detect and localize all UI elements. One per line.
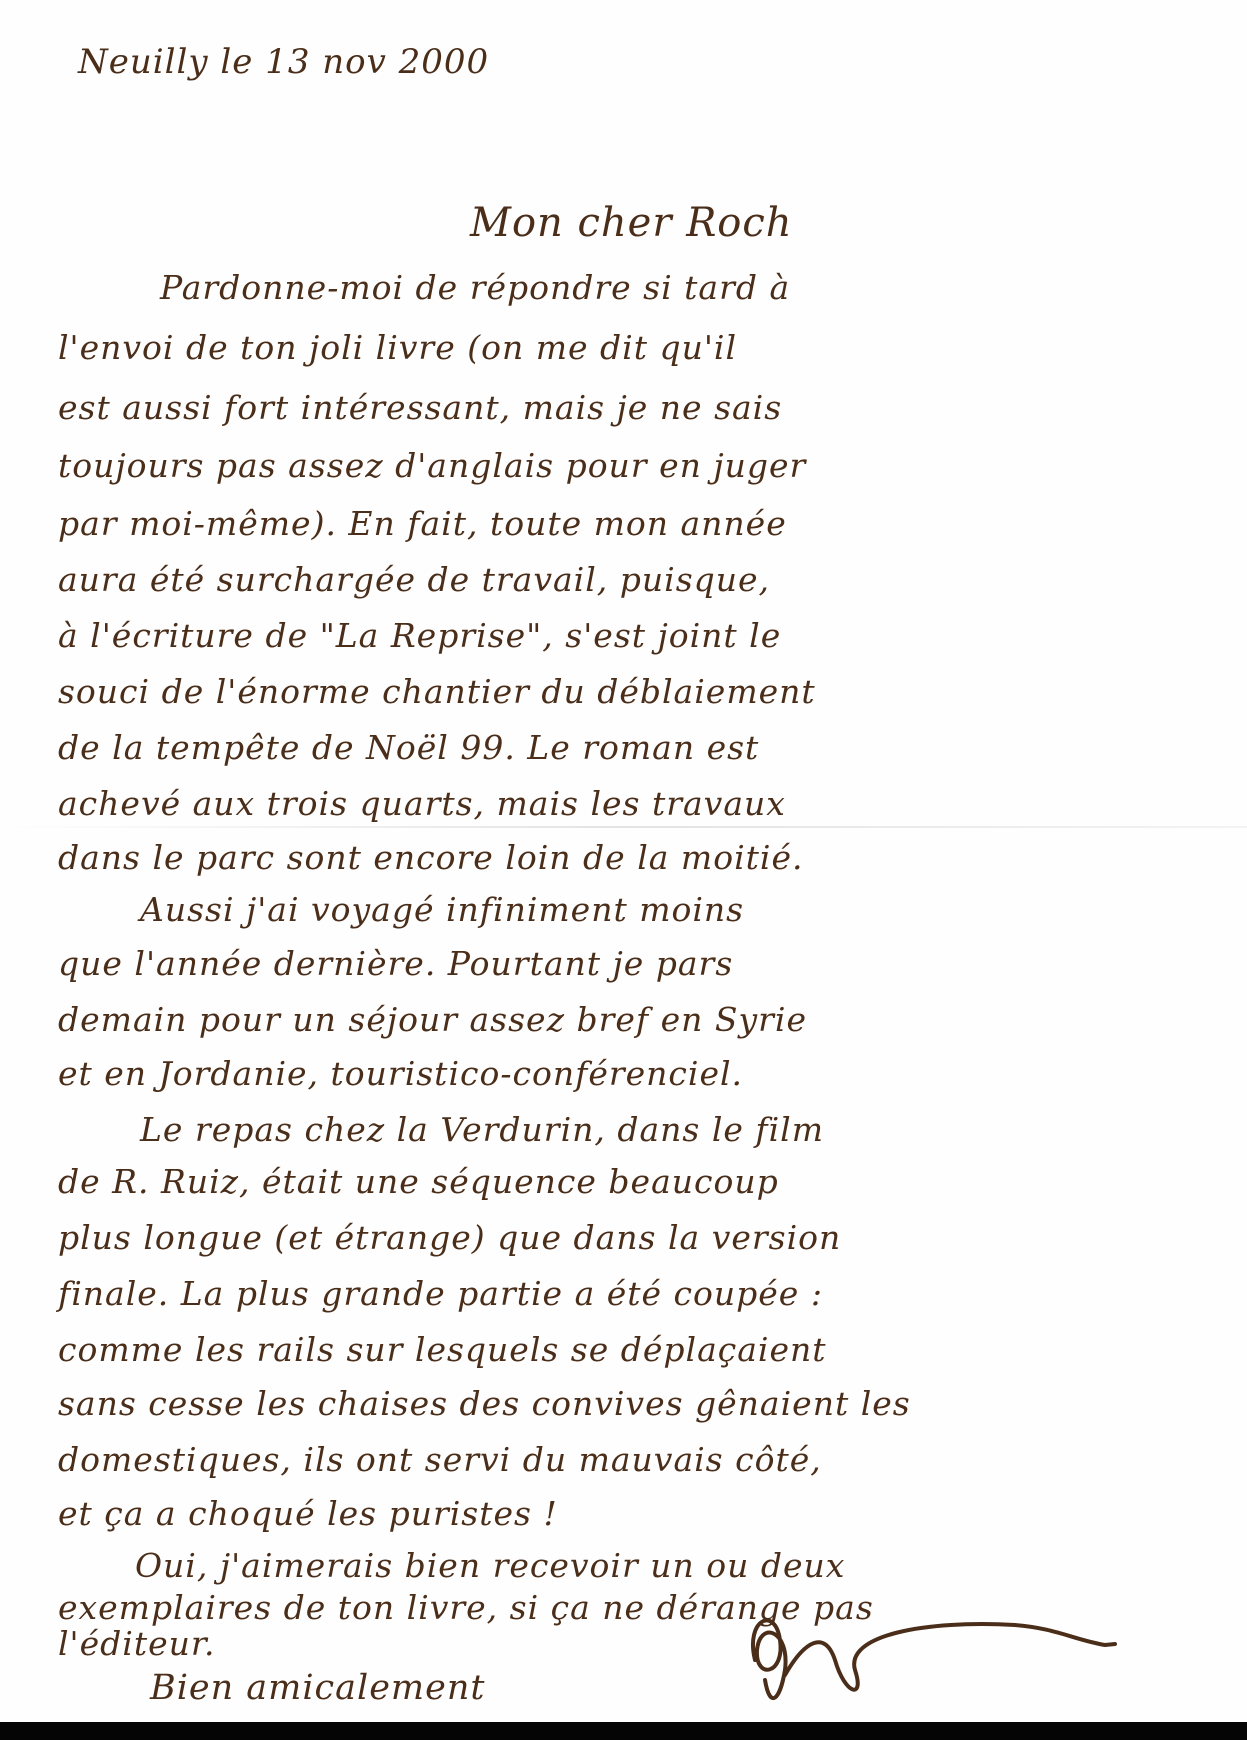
letter-line: comme les rails sur lesquels se déplaçai… xyxy=(58,1330,827,1369)
letter-line: est aussi fort intéressant, mais je ne s… xyxy=(58,388,782,427)
letter-line: Pardonne-moi de répondre si tard à xyxy=(160,268,790,307)
letter-line: plus longue (et étrange) que dans la ver… xyxy=(58,1218,841,1257)
letter-line: demain pour un séjour assez bref en Syri… xyxy=(58,1000,807,1039)
letter-page: Neuilly le 13 nov 2000 Mon cher Roch Par… xyxy=(0,0,1247,1720)
signature-icon xyxy=(735,1600,1215,1720)
letter-line: à l'écriture de "La Reprise", s'est join… xyxy=(58,616,781,655)
letter-line: toujours pas assez d'anglais pour en jug… xyxy=(58,446,806,485)
letter-line: de la tempête de Noël 99. Le roman est xyxy=(58,728,759,767)
letter-line: l'envoi de ton joli livre (on me dit qu'… xyxy=(58,328,737,367)
salutation: Mon cher Roch xyxy=(470,200,793,246)
letter-line: dans le parc sont encore loin de la moit… xyxy=(58,838,803,877)
letter-line: souci de l'énorme chantier du déblaiemen… xyxy=(58,672,816,711)
letter-line: sans cesse les chaises des convives gêna… xyxy=(58,1384,911,1423)
letter-line: achevé aux trois quarts, mais les travau… xyxy=(58,784,786,823)
letter-line: l'éditeur. xyxy=(58,1624,216,1663)
closing: Bien amicalement xyxy=(150,1668,485,1708)
letter-line: et ça a choqué les puristes ! xyxy=(58,1494,558,1533)
letter-line: que l'année dernière. Pourtant je pars xyxy=(58,944,733,983)
letter-line: et en Jordanie, touristico-conférenciel. xyxy=(58,1054,743,1093)
letter-line: domestiques, ils ont servi du mauvais cô… xyxy=(58,1440,822,1479)
letter-line: Oui, j'aimerais bien recevoir un ou deux xyxy=(135,1546,845,1585)
letter-line: finale. La plus grande partie a été coup… xyxy=(58,1274,823,1313)
letter-line: aura été surchargée de travail, puisque, xyxy=(58,560,770,599)
letter-line: Le repas chez la Verdurin, dans le film xyxy=(140,1110,824,1149)
letter-line: Aussi j'ai voyagé infiniment moins xyxy=(140,890,744,929)
scan-border xyxy=(0,1722,1247,1740)
place-date: Neuilly le 13 nov 2000 xyxy=(78,42,489,82)
letter-line: de R. Ruiz, était une séquence beaucoup xyxy=(58,1162,779,1201)
paper-fold-line xyxy=(0,826,1247,828)
letter-line: par moi-même). En fait, toute mon année xyxy=(58,504,787,543)
